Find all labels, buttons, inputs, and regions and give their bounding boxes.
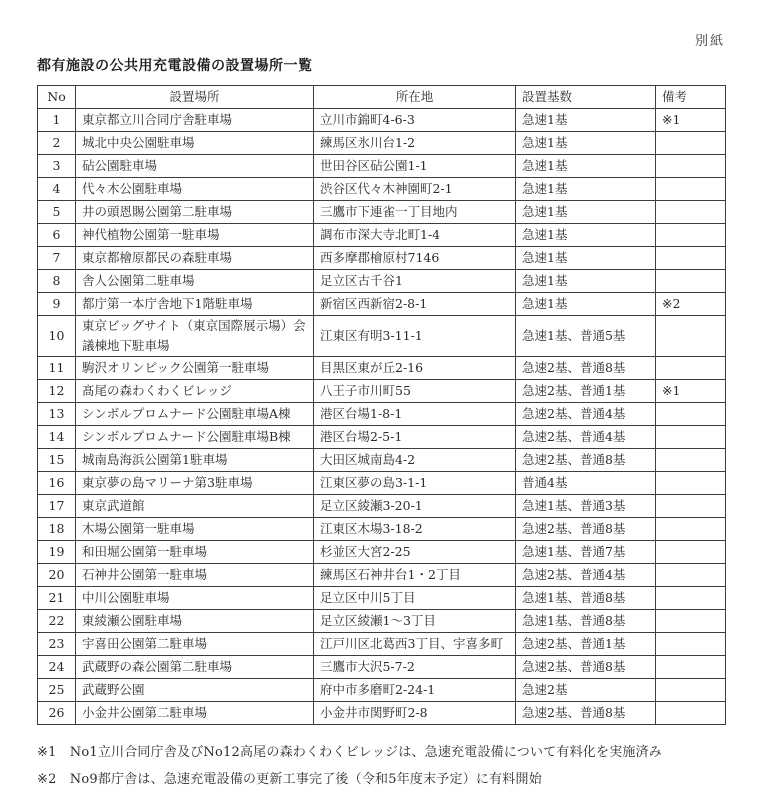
header-units: 設置基数: [516, 86, 656, 109]
cell-address: 調布市深大寺北町1-4: [314, 224, 516, 247]
table-row: 14シンボルプロムナード公園駐車場B棟港区台場2-5-1急速2基、普通4基: [38, 426, 726, 449]
cell-place: 石神井公園第一駐車場: [76, 564, 314, 587]
cell-address: 新宿区西新宿2-8-1: [314, 293, 516, 316]
cell-units: 急速2基、普通1基: [516, 380, 656, 403]
cell-no: 14: [38, 426, 76, 449]
cell-no: 20: [38, 564, 76, 587]
cell-units: 急速2基、普通8基: [516, 702, 656, 725]
cell-note: [656, 472, 726, 495]
cell-place: 代々木公園駐車場: [76, 178, 314, 201]
document-page: 別紙 都有施設の公共用充電設備の設置場所一覧 No 設置場所 所在地 設置基数 …: [0, 0, 758, 800]
cell-no: 3: [38, 155, 76, 178]
cell-note: [656, 449, 726, 472]
cell-address: 練馬区石神井台1・2丁目: [314, 564, 516, 587]
table-row: 16東京夢の島マリーナ第3駐車場江東区夢の島3-1-1普通4基: [38, 472, 726, 495]
cell-units: 急速1基、普通5基: [516, 316, 656, 357]
cell-note: [656, 155, 726, 178]
cell-no: 24: [38, 656, 76, 679]
cell-units: 急速1基: [516, 247, 656, 270]
cell-address: 府中市多磨町2-24-1: [314, 679, 516, 702]
cell-note: [656, 132, 726, 155]
cell-no: 19: [38, 541, 76, 564]
cell-units: 急速2基、普通8基: [516, 357, 656, 380]
cell-units: 急速2基、普通8基: [516, 518, 656, 541]
table-row: 19和田堀公園第一駐車場杉並区大宮2-25急速1基、普通7基: [38, 541, 726, 564]
cell-no: 11: [38, 357, 76, 380]
cell-no: 1: [38, 109, 76, 132]
cell-address: 港区台場2-5-1: [314, 426, 516, 449]
table-row: 11駒沢オリンピック公園第一駐車場目黒区東が丘2-16急速2基、普通8基: [38, 357, 726, 380]
cell-address: 三鷹市大沢5-7-2: [314, 656, 516, 679]
cell-units: 急速1基: [516, 224, 656, 247]
cell-address: 八王子市川町55: [314, 380, 516, 403]
cell-place: 和田堀公園第一駐車場: [76, 541, 314, 564]
cell-place: 井の頭恩賜公園第二駐車場: [76, 201, 314, 224]
cell-no: 15: [38, 449, 76, 472]
cell-address: 大田区城南島4-2: [314, 449, 516, 472]
table-row: 10東京ビッグサイト（東京国際展示場）会議棟地下駐車場江東区有明3-11-1急速…: [38, 316, 726, 357]
header-address: 所在地: [314, 86, 516, 109]
cell-no: 6: [38, 224, 76, 247]
cell-units: 急速1基、普通7基: [516, 541, 656, 564]
table-row: 25武蔵野公園府中市多磨町2-24-1急速2基: [38, 679, 726, 702]
cell-address: 目黒区東が丘2-16: [314, 357, 516, 380]
table-row: 13シンボルプロムナード公園駐車場A棟港区台場1-8-1急速2基、普通4基: [38, 403, 726, 426]
cell-place: 東京都立川合同庁舎駐車場: [76, 109, 314, 132]
cell-address: 渋谷区代々木神園町2-1: [314, 178, 516, 201]
table-body: 1東京都立川合同庁舎駐車場立川市錦町4-6-3急速1基※12城北中央公園駐車場練…: [38, 109, 726, 725]
page-title: 都有施設の公共用充電設備の設置場所一覧: [37, 55, 313, 75]
cell-note: [656, 702, 726, 725]
cell-place: 木場公園第一駐車場: [76, 518, 314, 541]
cell-note: ※2: [656, 293, 726, 316]
cell-place: 髙尾の森わくわくビレッジ: [76, 380, 314, 403]
cell-note: [656, 178, 726, 201]
cell-note: [656, 587, 726, 610]
table-row: 22東綾瀬公園駐車場足立区綾瀬1～3丁目急速1基、普通8基: [38, 610, 726, 633]
cell-place: 東綾瀬公園駐車場: [76, 610, 314, 633]
cell-address: 足立区綾瀬3-20-1: [314, 495, 516, 518]
cell-units: 急速2基、普通4基: [516, 403, 656, 426]
cell-note: [656, 224, 726, 247]
table-row: 21中川公園駐車場足立区中川5丁目急速1基、普通8基: [38, 587, 726, 610]
cell-note: ※1: [656, 380, 726, 403]
cell-units: 急速1基、普通8基: [516, 587, 656, 610]
table-row: 23宇喜田公園第二駐車場江戸川区北葛西3丁目、宇喜多町急速2基、普通1基: [38, 633, 726, 656]
header-note: 備考: [656, 86, 726, 109]
cell-units: 普通4基: [516, 472, 656, 495]
table-row: 26小金井公園第二駐車場小金井市関野町2-8急速2基、普通8基: [38, 702, 726, 725]
header-row: No 設置場所 所在地 設置基数 備考: [38, 86, 726, 109]
table-row: 18木場公園第一駐車場江東区木場3-18-2急速2基、普通8基: [38, 518, 726, 541]
cell-place: 城南島海浜公園第1駐車場: [76, 449, 314, 472]
cell-place: シンボルプロムナード公園駐車場B棟: [76, 426, 314, 449]
cell-no: 5: [38, 201, 76, 224]
cell-no: 4: [38, 178, 76, 201]
cell-no: 7: [38, 247, 76, 270]
cell-note: [656, 679, 726, 702]
cell-place: 小金井公園第二駐車場: [76, 702, 314, 725]
cell-place: 砧公園駐車場: [76, 155, 314, 178]
header-no: No: [38, 86, 76, 109]
charging-locations-table: No 設置場所 所在地 設置基数 備考 1東京都立川合同庁舎駐車場立川市錦町4-…: [37, 85, 726, 725]
cell-place: 神代植物公園第一駐車場: [76, 224, 314, 247]
cell-no: 21: [38, 587, 76, 610]
cell-address: 世田谷区砧公園1-1: [314, 155, 516, 178]
cell-no: 18: [38, 518, 76, 541]
table-header: No 設置場所 所在地 設置基数 備考: [38, 86, 726, 109]
cell-address: 足立区中川5丁目: [314, 587, 516, 610]
cell-note: [656, 518, 726, 541]
cell-place: 東京ビッグサイト（東京国際展示場）会議棟地下駐車場: [76, 316, 314, 357]
cell-no: 25: [38, 679, 76, 702]
cell-note: ※1: [656, 109, 726, 132]
table-row: 4代々木公園駐車場渋谷区代々木神園町2-1急速1基: [38, 178, 726, 201]
cell-no: 22: [38, 610, 76, 633]
cell-note: [656, 564, 726, 587]
cell-units: 急速1基: [516, 155, 656, 178]
cell-address: 杉並区大宮2-25: [314, 541, 516, 564]
table-row: 1東京都立川合同庁舎駐車場立川市錦町4-6-3急速1基※1: [38, 109, 726, 132]
cell-place: 城北中央公園駐車場: [76, 132, 314, 155]
cell-units: 急速1基、普通3基: [516, 495, 656, 518]
table-row: 12髙尾の森わくわくビレッジ八王子市川町55急速2基、普通1基※1: [38, 380, 726, 403]
cell-no: 23: [38, 633, 76, 656]
cell-no: 12: [38, 380, 76, 403]
table-row: 17東京武道館足立区綾瀬3-20-1急速1基、普通3基: [38, 495, 726, 518]
cell-no: 13: [38, 403, 76, 426]
cell-address: 小金井市関野町2-8: [314, 702, 516, 725]
cell-place: 中川公園駐車場: [76, 587, 314, 610]
cell-units: 急速1基: [516, 178, 656, 201]
cell-address: 足立区綾瀬1～3丁目: [314, 610, 516, 633]
cell-place: 都庁第一本庁舎地下1階駐車場: [76, 293, 314, 316]
cell-address: 練馬区氷川台1-2: [314, 132, 516, 155]
cell-address: 江東区夢の島3-1-1: [314, 472, 516, 495]
cell-units: 急速1基: [516, 132, 656, 155]
cell-note: [656, 633, 726, 656]
cell-place: 東京夢の島マリーナ第3駐車場: [76, 472, 314, 495]
cell-note: [656, 247, 726, 270]
cell-units: 急速1基: [516, 270, 656, 293]
cell-address: 江東区有明3-11-1: [314, 316, 516, 357]
cell-no: 10: [38, 316, 76, 357]
cell-units: 急速1基: [516, 109, 656, 132]
cell-no: 9: [38, 293, 76, 316]
table-row: 3砧公園駐車場世田谷区砧公園1-1急速1基: [38, 155, 726, 178]
cell-address: 三鷹市下連雀一丁目地内: [314, 201, 516, 224]
table-row: 15城南島海浜公園第1駐車場大田区城南島4-2急速2基、普通8基: [38, 449, 726, 472]
table-row: 5井の頭恩賜公園第二駐車場三鷹市下連雀一丁目地内急速1基: [38, 201, 726, 224]
cell-units: 急速1基: [516, 293, 656, 316]
cell-units: 急速2基、普通8基: [516, 656, 656, 679]
cell-address: 港区台場1-8-1: [314, 403, 516, 426]
cell-note: [656, 403, 726, 426]
cell-place: 舎人公園第二駐車場: [76, 270, 314, 293]
table-row: 7東京都檜原都民の森駐車場西多摩郡檜原村7146急速1基: [38, 247, 726, 270]
cell-place: 東京都檜原都民の森駐車場: [76, 247, 314, 270]
cell-place: 武蔵野公園: [76, 679, 314, 702]
cell-place: 宇喜田公園第二駐車場: [76, 633, 314, 656]
cell-place: 駒沢オリンピック公園第一駐車場: [76, 357, 314, 380]
table-row: 2城北中央公園駐車場練馬区氷川台1-2急速1基: [38, 132, 726, 155]
cell-units: 急速1基、普通8基: [516, 610, 656, 633]
cell-address: 立川市錦町4-6-3: [314, 109, 516, 132]
cell-place: 東京武道館: [76, 495, 314, 518]
cell-no: 16: [38, 472, 76, 495]
cell-note: [656, 610, 726, 633]
cell-note: [656, 541, 726, 564]
cell-note: [656, 270, 726, 293]
table-row: 9都庁第一本庁舎地下1階駐車場新宿区西新宿2-8-1急速1基※2: [38, 293, 726, 316]
cell-units: 急速2基: [516, 679, 656, 702]
cell-units: 急速2基、普通8基: [516, 449, 656, 472]
cell-note: [656, 201, 726, 224]
header-place: 設置場所: [76, 86, 314, 109]
cell-note: [656, 316, 726, 357]
cell-address: 西多摩郡檜原村7146: [314, 247, 516, 270]
cell-note: [656, 495, 726, 518]
cell-units: 急速2基、普通1基: [516, 633, 656, 656]
cell-address: 江戸川区北葛西3丁目、宇喜多町: [314, 633, 516, 656]
cell-no: 26: [38, 702, 76, 725]
footnote-1: ※1 No1立川合同庁舎及びNo12高尾の森わくわくビレッジは、急速充電設備につ…: [37, 741, 662, 760]
cell-units: 急速1基: [516, 201, 656, 224]
cell-no: 2: [38, 132, 76, 155]
cell-note: [656, 426, 726, 449]
cell-units: 急速2基、普通4基: [516, 564, 656, 587]
cell-no: 17: [38, 495, 76, 518]
attachment-label: 別紙: [695, 30, 725, 49]
cell-place: 武蔵野の森公園第二駐車場: [76, 656, 314, 679]
cell-place: シンボルプロムナード公園駐車場A棟: [76, 403, 314, 426]
cell-no: 8: [38, 270, 76, 293]
footnote-2: ※2 No9都庁舎は、急速充電設備の更新工事完了後（令和5年度末予定）に有料開始: [37, 768, 542, 787]
table-row: 8舎人公園第二駐車場足立区古千谷1急速1基: [38, 270, 726, 293]
table-row: 24武蔵野の森公園第二駐車場三鷹市大沢5-7-2急速2基、普通8基: [38, 656, 726, 679]
cell-units: 急速2基、普通4基: [516, 426, 656, 449]
table-row: 6神代植物公園第一駐車場調布市深大寺北町1-4急速1基: [38, 224, 726, 247]
cell-address: 江東区木場3-18-2: [314, 518, 516, 541]
cell-note: [656, 656, 726, 679]
cell-address: 足立区古千谷1: [314, 270, 516, 293]
table-row: 20石神井公園第一駐車場練馬区石神井台1・2丁目急速2基、普通4基: [38, 564, 726, 587]
cell-note: [656, 357, 726, 380]
